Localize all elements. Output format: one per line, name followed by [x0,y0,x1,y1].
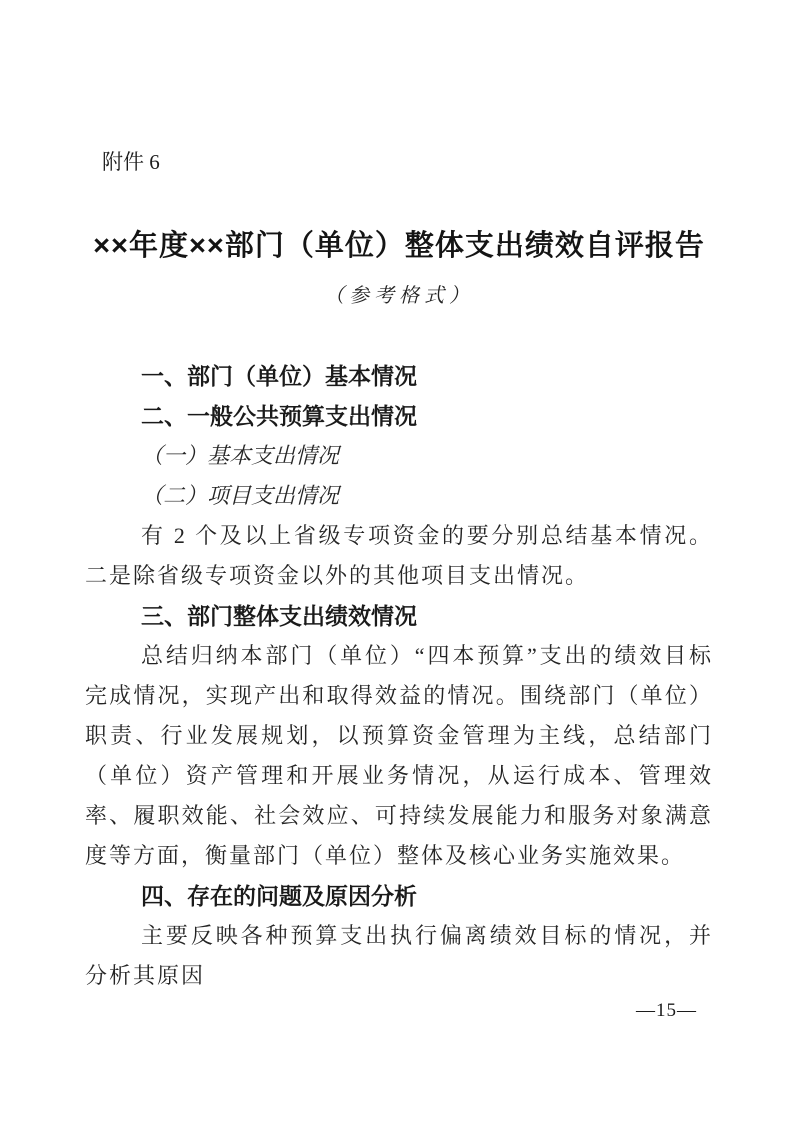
document-page: 附件 6 ××年度××部门（单位）整体支出绩效自评报告 （参考格式） 一、部门（… [0,0,793,1122]
sub-heading-project-expenditure: （二）项目支出情况 [85,476,713,516]
paragraph-problems-analysis: 主要反映各种预算支出执行偏离绩效目标的情况，并分析其原因 [85,916,713,996]
document-body: 一、部门（单位）基本情况 二、一般公共预算支出情况 （一）基本支出情况 （二）项… [85,356,713,996]
section-heading-department-basic-info: 一、部门（单位）基本情况 [85,356,713,396]
section-heading-general-public-budget: 二、一般公共预算支出情况 [85,396,713,436]
paragraph-performance-summary: 总结归纳本部门（单位）“四本预算”支出的绩效目标完成情况，实现产出和取得效益的情… [85,636,713,876]
section-heading-problems-and-causes: 四、存在的问题及原因分析 [85,876,713,916]
section-heading-overall-expenditure-performance: 三、部门整体支出绩效情况 [85,596,713,636]
document-title: ××年度××部门（单位）整体支出绩效自评报告 [85,226,713,266]
page-number: —15— [636,998,697,1024]
paragraph-special-funds-note: 有 2 个及以上省级专项资金的要分别总结基本情况。二是除省级专项资金以外的其他项… [85,516,713,596]
attachment-label: 附件 6 [102,150,713,174]
sub-heading-basic-expenditure: （一）基本支出情况 [85,436,713,476]
document-subtitle: （参考格式） [85,282,713,310]
